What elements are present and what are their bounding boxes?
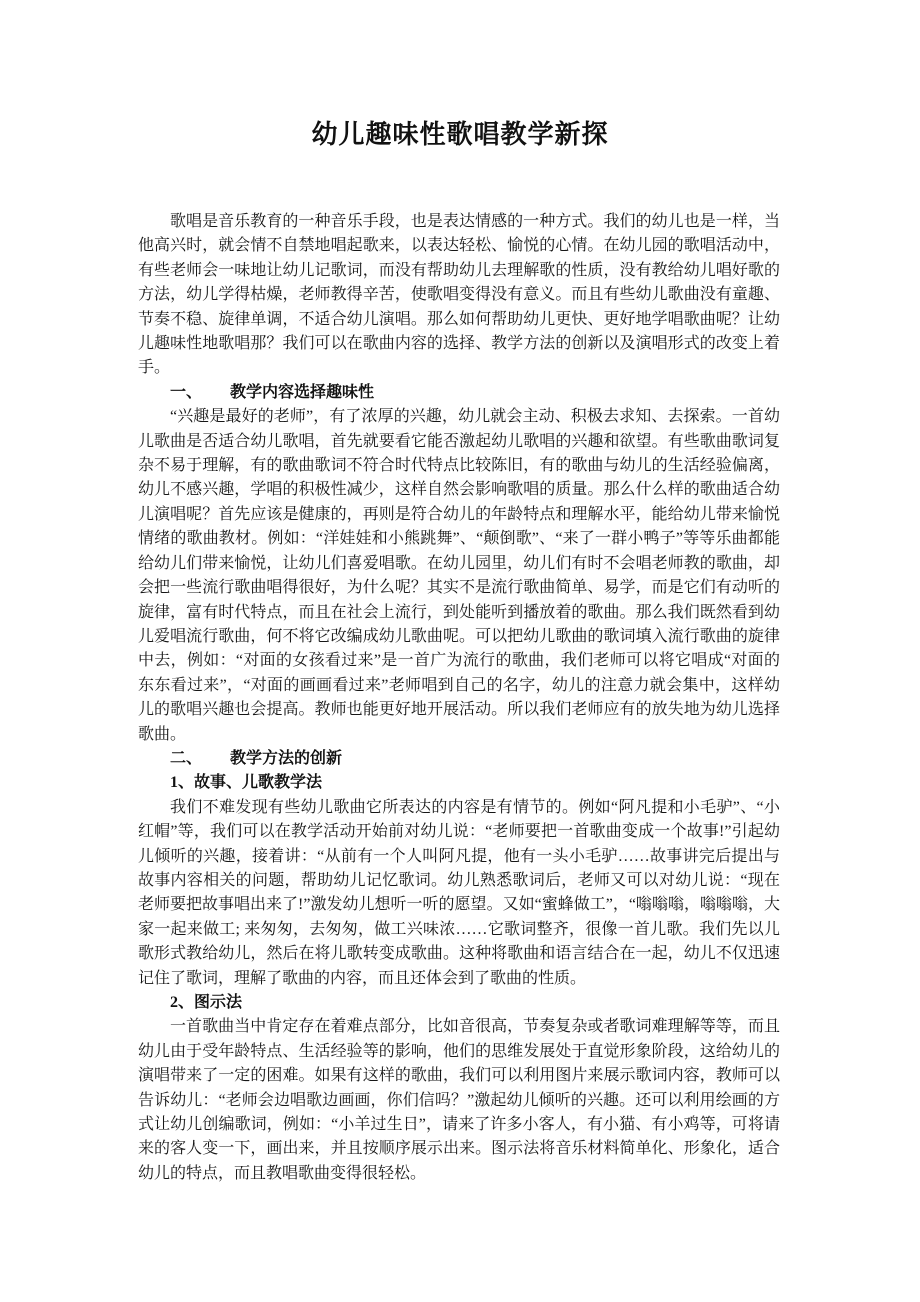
paragraph-section-1: “兴趣是最好的老师”，有了浓厚的兴趣，幼儿就会主动、积极去求知、去探索。一首幼儿… bbox=[138, 405, 780, 747]
section-2-number: 二、 bbox=[170, 747, 202, 771]
section-1-number: 一、 bbox=[170, 381, 202, 405]
section-2-heading: 二、教学方法的创新 bbox=[138, 747, 780, 771]
section-1-title: 教学内容选择趣味性 bbox=[230, 384, 374, 401]
section-1-heading: 一、教学内容选择趣味性 bbox=[138, 381, 780, 405]
paragraph-intro: 歌唱是音乐教育的一种音乐手段，也是表达情感的一种方式。我们的幼儿也是一样，当他高… bbox=[138, 210, 780, 381]
subsection-2-2-heading: 2、图示法 bbox=[138, 991, 780, 1015]
paragraph-subsection-2-2: 一首歌曲当中肯定存在着难点部分，比如音很高，节奏复杂或者歌词难理解等等，而且幼儿… bbox=[138, 1015, 780, 1186]
subsection-2-1-heading: 1、故事、儿歌教学法 bbox=[138, 771, 780, 795]
paragraph-subsection-2-1: 我们不难发现有些幼儿歌曲它所表达的内容是有情节的。例如“阿凡提和小毛驴”、“小红… bbox=[138, 796, 780, 991]
document-body: 歌唱是音乐教育的一种音乐手段，也是表达情感的一种方式。我们的幼儿也是一样，当他高… bbox=[138, 210, 780, 1186]
document-title: 幼儿趣味性歌唱教学新探 bbox=[0, 0, 920, 154]
document-page: 幼儿趣味性歌唱教学新探 歌唱是音乐教育的一种音乐手段，也是表达情感的一种方式。我… bbox=[0, 0, 920, 1302]
section-2-title: 教学方法的创新 bbox=[230, 750, 342, 767]
